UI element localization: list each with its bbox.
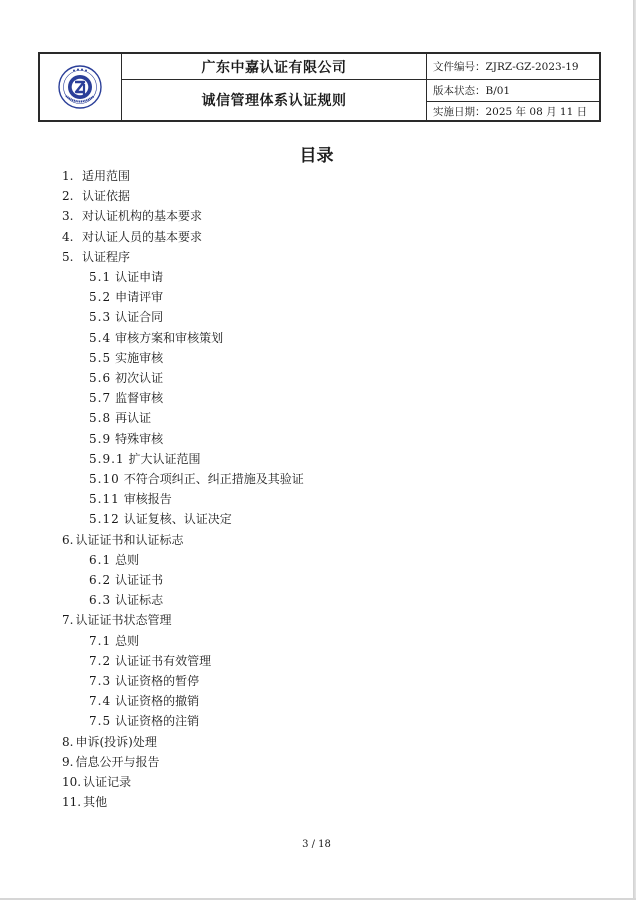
toc-item-number: 5.10	[89, 471, 120, 487]
title-cell: 广东中嘉认证有限公司 诚信管理体系认证规则	[122, 54, 427, 120]
toc-item-number: 7.1	[89, 633, 111, 649]
toc-item-number: 7.3	[89, 673, 111, 689]
toc-item-number: 5.	[62, 249, 82, 265]
toc-item-number: 5.11	[89, 491, 120, 507]
toc-item-number: 5.5	[89, 350, 111, 366]
toc-item[interactable]: 5.6初次认证	[89, 370, 163, 386]
effective-date: 实施日期：2025 年 08 月 11 日	[427, 102, 599, 120]
document-header-table: 广东中嘉认证有限公司 诚信管理体系认证规则 文件编号：ZJRZ-GZ-2023-…	[38, 52, 601, 122]
doc-number: 文件编号：ZJRZ-GZ-2023-19	[427, 54, 599, 80]
toc-item[interactable]: 2.认证依据	[62, 188, 130, 204]
toc-item[interactable]: 5.7监督审核	[89, 390, 163, 406]
page-number: 3 / 18	[0, 839, 633, 850]
toc-item-number: 11.	[62, 794, 81, 810]
toc-item[interactable]: 10.认证记录	[62, 774, 131, 790]
toc-item-label: 认证证书和认证标志	[75, 533, 183, 547]
toc-item-number: 5.7	[89, 390, 111, 406]
document-title: 诚信管理体系认证规则	[122, 80, 426, 120]
toc-item[interactable]: 6.1总则	[89, 552, 139, 568]
company-seal-logo-icon	[58, 65, 102, 109]
toc-item-number: 5.4	[89, 330, 111, 346]
toc-item-label: 认证证书	[115, 573, 163, 587]
toc-item-number: 5.6	[89, 370, 111, 386]
toc-item-label: 认证记录	[83, 775, 131, 789]
toc-item[interactable]: 7.认证证书状态管理	[62, 612, 171, 628]
toc-item[interactable]: 5.2申请评审	[89, 289, 163, 305]
toc-item[interactable]: 5.10不符合项纠正、纠正措施及其验证	[89, 471, 304, 487]
toc-item[interactable]: 5.11审核报告	[89, 491, 172, 507]
toc-title: 目录	[0, 141, 633, 166]
toc-item[interactable]: 7.2认证证书有效管理	[89, 653, 211, 669]
toc-item[interactable]: 5.认证程序	[62, 249, 130, 265]
toc-item-label: 扩大认证范围	[129, 452, 201, 466]
toc-item-number: 5.3	[89, 309, 111, 325]
toc-item[interactable]: 7.5认证资格的注销	[89, 713, 199, 729]
toc-item-label: 认证标志	[115, 593, 163, 607]
toc-item-label: 认证申请	[115, 270, 163, 284]
toc-item-label: 再认证	[115, 411, 151, 425]
toc-item-label: 总则	[115, 634, 139, 648]
toc-item[interactable]: 6.2认证证书	[89, 572, 163, 588]
toc-item-label: 对认证机构的基本要求	[82, 209, 202, 223]
toc-item[interactable]: 5.8再认证	[89, 410, 151, 426]
document-page: 广东中嘉认证有限公司 诚信管理体系认证规则 文件编号：ZJRZ-GZ-2023-…	[0, 0, 633, 898]
toc-item-label: 其他	[83, 795, 107, 809]
toc-item-label: 监督审核	[115, 391, 163, 405]
toc-item-label: 实施审核	[115, 351, 163, 365]
toc-item-label: 适用范围	[82, 169, 130, 183]
doc-meta-cell: 文件编号：ZJRZ-GZ-2023-19 版本状态：B/01 实施日期：2025…	[427, 54, 599, 120]
toc-item-number: 6.	[62, 532, 73, 548]
toc-item-number: 7.	[62, 612, 73, 628]
toc-item[interactable]: 6.认证证书和认证标志	[62, 532, 183, 548]
toc-item-number: 5.1	[89, 269, 111, 285]
toc-item-label: 初次认证	[115, 371, 163, 385]
toc-item-number: 8.	[62, 734, 73, 750]
toc-item-label: 认证证书有效管理	[115, 654, 211, 668]
company-name: 广东中嘉认证有限公司	[122, 54, 426, 80]
toc-item-number: 6.1	[89, 552, 111, 568]
toc-item[interactable]: 6.3认证标志	[89, 592, 163, 608]
toc-item-number: 7.4	[89, 693, 111, 709]
toc-item-number: 5.8	[89, 410, 111, 426]
toc-item[interactable]: 5.12认证复核、认证决定	[89, 511, 232, 527]
toc-item[interactable]: 5.5实施审核	[89, 350, 163, 366]
toc-item-label: 认证资格的撤销	[115, 694, 199, 708]
toc-item-label: 审核方案和审核策划	[115, 331, 223, 345]
toc-item[interactable]: 5.1认证申请	[89, 269, 163, 285]
toc-item-label: 认证资格的注销	[115, 714, 199, 728]
toc-item-number: 5.2	[89, 289, 111, 305]
toc-item-label: 认证资格的暂停	[115, 674, 199, 688]
toc-item[interactable]: 1.适用范围	[62, 168, 130, 184]
toc-item[interactable]: 5.9.1扩大认证范围	[89, 451, 201, 467]
toc-item[interactable]: 5.9特殊审核	[89, 431, 163, 447]
toc-item-label: 特殊审核	[115, 432, 163, 446]
toc-item[interactable]: 7.4认证资格的撤销	[89, 693, 199, 709]
toc-item-number: 7.5	[89, 713, 111, 729]
toc-item[interactable]: 5.3认证合同	[89, 309, 163, 325]
toc-item-label: 认证证书状态管理	[75, 613, 171, 627]
toc-item-number: 5.9	[89, 431, 111, 447]
toc-item-label: 认证依据	[82, 189, 130, 203]
toc-item-label: 申诉(投诉)处理	[75, 735, 156, 749]
toc-item[interactable]: 8.申诉(投诉)处理	[62, 734, 157, 750]
toc-item[interactable]: 7.1总则	[89, 633, 139, 649]
toc-item-label: 认证合同	[115, 310, 163, 324]
toc-item-number: 6.2	[89, 572, 111, 588]
toc-item-label: 总则	[115, 553, 139, 567]
toc-item-number: 6.3	[89, 592, 111, 608]
toc-item-number: 5.12	[89, 511, 120, 527]
toc-item-number: 1.	[62, 168, 82, 184]
toc-item-number: 4.	[62, 229, 82, 245]
toc-item[interactable]: 5.4审核方案和审核策划	[89, 330, 223, 346]
toc-item-label: 不符合项纠正、纠正措施及其验证	[124, 472, 304, 486]
toc-item-number: 10.	[62, 774, 81, 790]
toc-item-number: 3.	[62, 208, 82, 224]
toc-item[interactable]: 11.其他	[62, 794, 107, 810]
toc-item-label: 审核报告	[124, 492, 172, 506]
toc-item-label: 申请评审	[115, 290, 163, 304]
version-status: 版本状态：B/01	[427, 80, 599, 102]
logo-cell	[40, 54, 122, 120]
toc-item[interactable]: 3.对认证机构的基本要求	[62, 208, 202, 224]
toc-item-label: 认证程序	[82, 250, 130, 264]
toc-item-label: 对认证人员的基本要求	[82, 230, 202, 244]
toc-item[interactable]: 4.对认证人员的基本要求	[62, 229, 202, 245]
toc-item-number: 9.	[62, 754, 73, 770]
toc-item[interactable]: 7.3认证资格的暂停	[89, 673, 199, 689]
toc-item-number: 7.2	[89, 653, 111, 669]
toc-item[interactable]: 9.信息公开与报告	[62, 754, 159, 770]
toc-item-label: 信息公开与报告	[75, 755, 159, 769]
toc-item-number: 5.9.1	[89, 451, 125, 467]
toc-item-label: 认证复核、认证决定	[124, 512, 232, 526]
toc-item-number: 2.	[62, 188, 82, 204]
